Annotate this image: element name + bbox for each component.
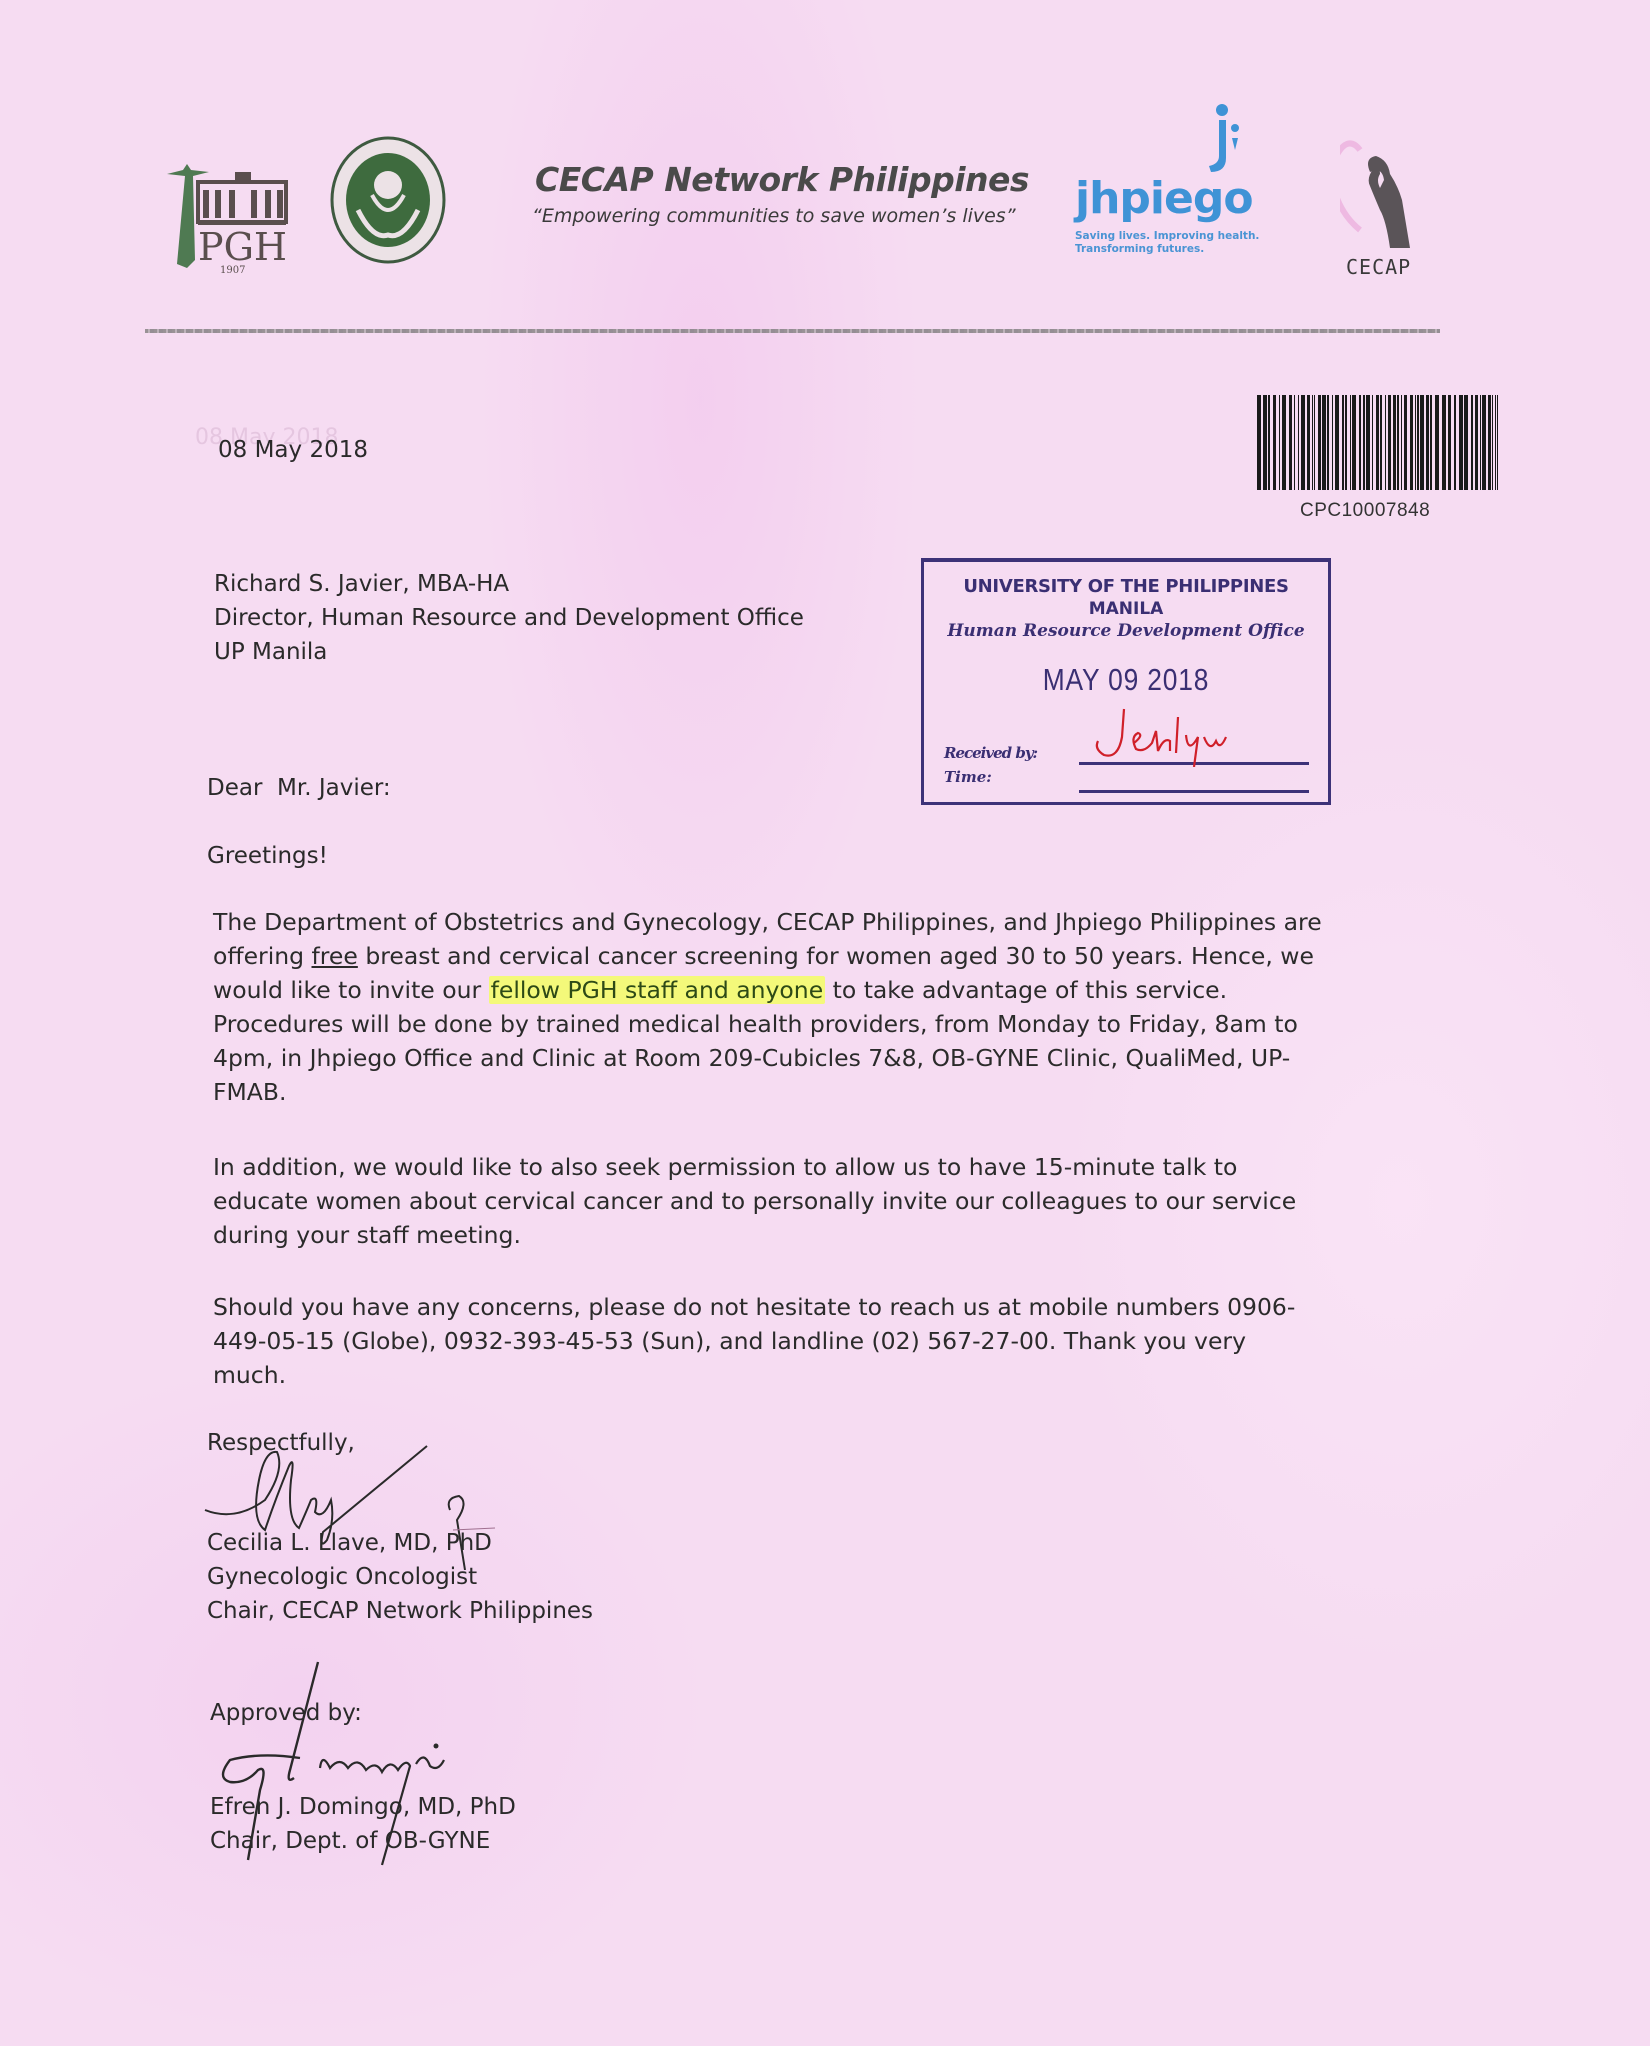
highlighted-text: fellow PGH staff and anyone xyxy=(489,976,826,1004)
signer2-block: Efren J. Domingo, MD, PhD Chair, Dept. o… xyxy=(210,1790,516,1858)
p1-line2-post: breast and cervical cancer screening for… xyxy=(358,942,1314,970)
barcode xyxy=(1255,395,1500,490)
free-underlined: free xyxy=(312,942,358,970)
receiver-signature-icon xyxy=(1074,707,1254,767)
obgyn-department-seal-icon xyxy=(328,135,448,265)
p2-line2: educate women about cervical cancer and … xyxy=(213,1184,1453,1218)
signer2-title: Chair, Dept. of OB-GYNE xyxy=(210,1824,516,1858)
cecap-logo: CECAP xyxy=(1340,140,1430,285)
pgh-logo: PGH 1907 xyxy=(165,160,315,275)
p1-line4: Procedures will be done by trained medic… xyxy=(213,1007,1453,1041)
stamp-campus: MANILA xyxy=(924,599,1328,619)
recipient-block: Richard S. Javier, MBA-HA Director, Huma… xyxy=(214,567,804,669)
p3-line2: 449-05-15 (Globe), 0932-393-45-53 (Sun),… xyxy=(213,1324,1453,1358)
jhpiego-logo-icon xyxy=(1075,100,1275,180)
salutation: Dear Mr. Javier: xyxy=(207,775,391,801)
paragraph-screening-offer: The Department of Obstetrics and Gynecol… xyxy=(213,905,1453,1109)
obgyn-seal xyxy=(328,135,448,265)
p1-line6: FMAB. xyxy=(213,1075,1453,1109)
stamp-office: Human Resource Development Office xyxy=(924,621,1328,641)
barcode-icon xyxy=(1255,395,1500,490)
jhpiego-tagline-line2: Transforming futures. xyxy=(1075,243,1259,256)
stamp-date: MAY 09 2018 xyxy=(954,662,1297,698)
p1-line3: would like to invite our fellow PGH staf… xyxy=(213,973,1453,1007)
recipient-org: UP Manila xyxy=(214,635,804,669)
barcode-number: CPC10007848 xyxy=(1300,500,1430,522)
p3-line1: Should you have any concerns, please do … xyxy=(213,1290,1453,1324)
letter-date: 08 May 2018 xyxy=(218,437,368,463)
greeting: Greetings! xyxy=(207,843,328,869)
p1-line1: The Department of Obstetrics and Gynecol… xyxy=(213,905,1453,939)
p1-line3-pre: would like to invite our xyxy=(213,976,489,1004)
org-tagline: “Empowering communities to save women’s … xyxy=(532,205,1016,227)
jhpiego-wordmark: jhpiego xyxy=(1075,173,1253,224)
recipient-title: Director, Human Resource and Development… xyxy=(214,601,804,635)
stamp-university: UNIVERSITY OF THE PHILIPPINES xyxy=(924,576,1328,597)
signer2-name: Efren J. Domingo, MD, PhD xyxy=(210,1790,516,1824)
p3-line3: much. xyxy=(213,1358,1453,1392)
cecap-figure-logo-icon xyxy=(1340,140,1430,255)
p1-line5: 4pm, in Jhpiego Office and Clinic at Roo… xyxy=(213,1041,1453,1075)
jhpiego-tagline-line1: Saving lives. Improving health. xyxy=(1075,230,1259,243)
stamp-time-line xyxy=(1079,790,1309,793)
signer1-title2: Chair, CECAP Network Philippines xyxy=(207,1594,593,1628)
svg-text:PGH: PGH xyxy=(198,225,287,269)
p1-line2: offering free breast and cervical cancer… xyxy=(213,939,1453,973)
p1-line2-pre: offering xyxy=(213,942,312,970)
received-stamp: UNIVERSITY OF THE PHILIPPINES MANILA Hum… xyxy=(921,558,1331,805)
recipient-name: Richard S. Javier, MBA-HA xyxy=(214,567,804,601)
paragraph-talk-request: In addition, we would like to also seek … xyxy=(213,1150,1453,1252)
stamp-time-label: Time: xyxy=(944,768,992,786)
p2-line3: during your staff meeting. xyxy=(213,1218,1453,1252)
jhpiego-tagline: Saving lives. Improving health. Transfor… xyxy=(1075,230,1259,256)
paragraph-contact: Should you have any concerns, please do … xyxy=(213,1290,1453,1392)
org-name: CECAP Network Philippines xyxy=(535,160,1029,199)
signer1-title1: Gynecologic Oncologist xyxy=(207,1560,593,1594)
svg-text:1907: 1907 xyxy=(220,265,245,275)
p2-line1: In addition, we would like to also seek … xyxy=(213,1150,1453,1184)
signer1-name: Cecilia L. Llave, MD, PhD xyxy=(207,1526,593,1560)
jhpiego-logo: jhpiego Saving lives. Improving health. … xyxy=(1075,100,1275,265)
p1-line3-post: to take advantage of this service. xyxy=(825,976,1227,1004)
header-divider xyxy=(145,329,1440,333)
signer1-block: Cecilia L. Llave, MD, PhD Gynecologic On… xyxy=(207,1526,593,1628)
cecap-logo-text: CECAP xyxy=(1346,255,1411,279)
pgh-building-logo-icon: PGH 1907 xyxy=(165,160,315,275)
stamp-received-label: Received by: xyxy=(944,744,1037,762)
